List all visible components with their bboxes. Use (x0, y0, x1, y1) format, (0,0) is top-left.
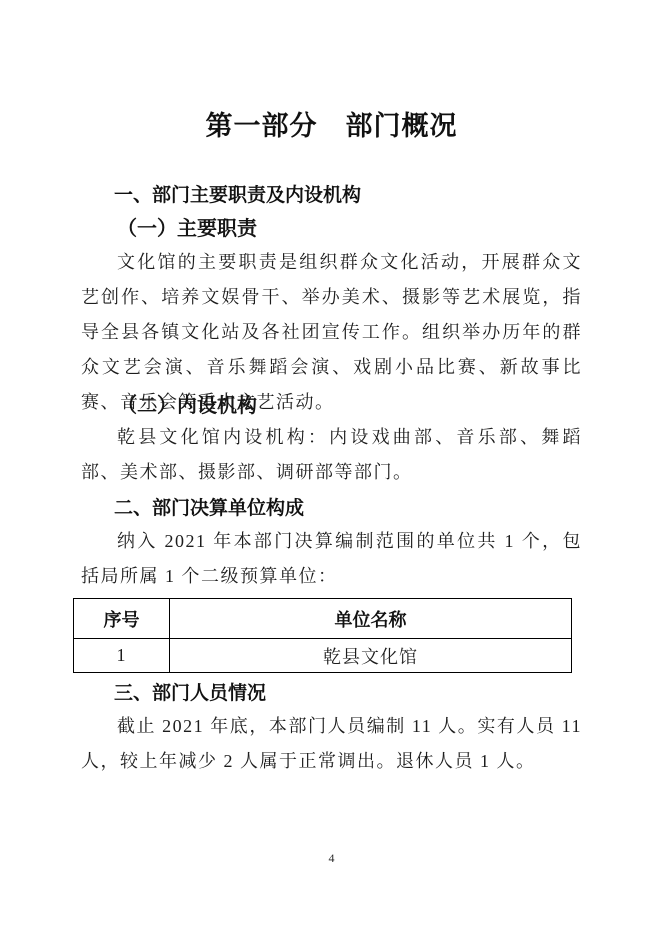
paragraph-unit-composition: 纳入 2021 年本部门决算编制范围的单位共 1 个，包括局所属 1 个二级预算… (81, 524, 582, 594)
page-number: 4 (81, 851, 582, 865)
section-heading-duties: 一、部门主要职责及内设机构 (81, 184, 582, 208)
units-table-data-row: 1 乾县文化馆 (74, 639, 572, 673)
page-title: 第一部分 部门概况 (81, 108, 582, 144)
section-heading-personnel: 三、部门人员情况 (81, 682, 582, 706)
document-page: 第一部分 部门概况 一、部门主要职责及内设机构 （一）主要职责 文化馆的主要职责… (0, 0, 662, 936)
table-cell-sequence-number: 1 (74, 639, 170, 673)
table-header-unit-name: 单位名称 (170, 599, 572, 639)
units-table-header-row: 序号 单位名称 (74, 599, 572, 639)
table-header-sequence-number: 序号 (74, 599, 170, 639)
section-heading-unit-composition: 二、部门决算单位构成 (81, 497, 582, 521)
units-table: 序号 单位名称 1 乾县文化馆 (73, 598, 572, 673)
paragraph-personnel: 截止 2021 年底，本部门人员编制 11 人。实有人员 11 人，较上年减少 … (81, 709, 582, 779)
subsection-heading-internal-structure: （二）内设机构 (81, 392, 582, 420)
paragraph-internal-structure: 乾县文化馆内设机构：内设戏曲部、音乐部、舞蹈部、美术部、摄影部、调研部等部门。 (81, 420, 582, 490)
subsection-heading-main-duties: （一）主要职责 (81, 215, 582, 243)
table-cell-unit-name: 乾县文化馆 (170, 639, 572, 673)
